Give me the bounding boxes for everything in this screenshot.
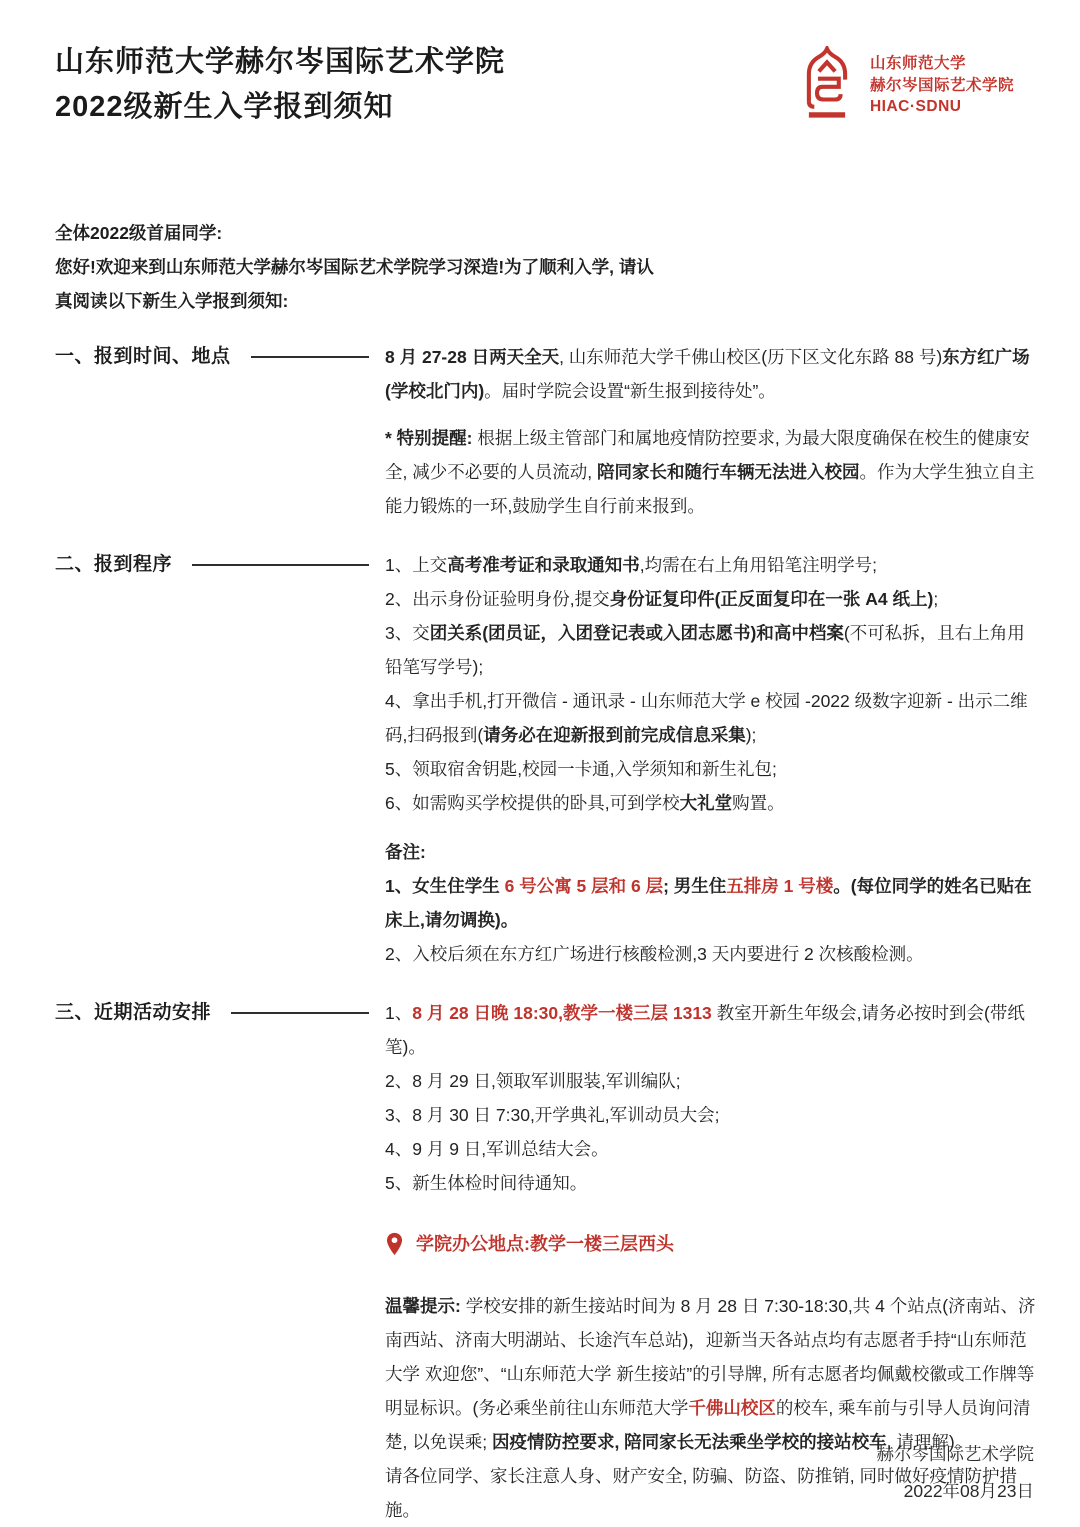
section-heading-row: 二、报到程序: [55, 548, 385, 582]
procedure-item-3: 3、交团关系(团员证，入团登记表或入团志愿书)和高中档案(不可私拆，且右上角用铅…: [385, 616, 1037, 684]
note-item-2: 2、入校后须在东方红广场进行核酸检测,3 天内要进行 2 次核酸检测。: [385, 937, 1037, 971]
heading-rule-line: [192, 564, 369, 566]
procedure-item-2: 2、出示身份证验明身份,提交身份证复印件(正反面复印在一张 A4 纸上);: [385, 582, 1037, 616]
checkin-time-details: 8 月 27-28 日两天全天, 山东师范大学千佛山校区(历下区文化东路 88 …: [385, 340, 1037, 408]
procedure-item-6: 6、如需购买学校提供的卧具,可到学校大礼堂购置。: [385, 786, 1037, 820]
intro-paragraph: 全体2022级首届同学: 您好!欢迎来到山东师范大学赫尔岑国际艺术学院学习深造!…: [55, 216, 654, 318]
page-title-line2: 2022级新生入学报到须知: [55, 85, 505, 130]
schedule-item-4: 4、9 月 9 日,军训总结大会。: [385, 1132, 1037, 1166]
location-pin-icon: [385, 1232, 404, 1256]
procedure-item-4: 4、拿出手机,打开微信 - 通讯录 - 山东师范大学 e 校园 -2022 级数…: [385, 684, 1037, 752]
page-title: 山东师范大学赫尔岑国际艺术学院 2022级新生入学报到须知: [55, 40, 505, 130]
tips-paragraph: 温馨提示: 学校安排的新生接站时间为 8 月 28 日 7:30-18:30,共…: [385, 1289, 1037, 1459]
procedure-item-5: 5、领取宿舍钥匙,校园一卡通,入学须知和新生礼包;: [385, 752, 1037, 786]
signature-date: 2022年08月23日: [877, 1473, 1035, 1510]
section-heading-row: 三、近期活动安排: [55, 996, 385, 1030]
intro-line3: 真阅读以下新生入学报到须知:: [55, 284, 654, 318]
page-title-line1: 山东师范大学赫尔岑国际艺术学院: [55, 40, 505, 85]
office-location-text: 学院办公地点:教学一楼三层西头: [416, 1227, 674, 1261]
schedule-item-1: 1、8 月 28 日晚 18:30,教学一楼三层 1313 教室开新生年级会,请…: [385, 996, 1037, 1064]
procedure-item-1: 1、上交高考准考证和录取通知书,均需在右上角用铅笔注明学号;: [385, 548, 1037, 582]
dome-emblem-icon: [798, 46, 856, 124]
logo-org-line1: 山东师范大学: [870, 53, 1014, 75]
section-heading-checkin-time: 一、报到时间、地点: [55, 340, 231, 374]
section-procedure-body: 1、上交高考准考证和录取通知书,均需在右上角用铅笔注明学号; 2、出示身份证验明…: [385, 548, 1037, 820]
intro-line1: 全体2022级首届同学:: [55, 216, 654, 250]
logo-org-line2: 赫尔岑国际艺术学院: [870, 75, 1014, 97]
logo-org-line3: HIAC·SDNU: [870, 96, 1014, 118]
schedule-item-5: 5、新生体检时间待通知。: [385, 1166, 1037, 1200]
college-logo: 山东师范大学 赫尔岑国际艺术学院 HIAC·SDNU: [798, 46, 1014, 124]
enrollment-notice-document: 山东师范大学赫尔岑国际艺术学院 2022级新生入学报到须知 山东师范大学 赫尔岑…: [0, 0, 1080, 1527]
heading-rule-line: [251, 356, 369, 358]
notes-body: 备注: 1、女生住学生 6 号公寓 5 层和 6 层; 男生住五排房 1 号楼。…: [385, 835, 1037, 971]
section-schedule: 三、近期活动安排 1、8 月 28 日晚 18:30,教学一楼三层 1313 教…: [55, 996, 1037, 1200]
schedule-item-2: 2、8 月 29 日,领取军训服装,军训编队;: [385, 1064, 1037, 1098]
section-checkin-time: 一、报到时间、地点 8 月 27-28 日两天全天, 山东师范大学千佛山校区(历…: [55, 340, 1037, 523]
office-location-body: 学院办公地点:教学一楼三层西头: [385, 1227, 1037, 1261]
intro-line2: 您好!欢迎来到山东师范大学赫尔岑国际艺术学院学习深造!为了顺利入学, 请认: [55, 250, 654, 284]
heading-rule-line: [231, 1012, 369, 1014]
note-item-1: 1、女生住学生 6 号公寓 5 层和 6 层; 男生住五排房 1 号楼。(每位同…: [385, 869, 1037, 937]
notice-content: 一、报到时间、地点 8 月 27-28 日两天全天, 山东师范大学千佛山校区(历…: [55, 340, 1037, 1527]
special-reminder: * 特别提醒: 根据上级主管部门和属地疫情防控要求, 为最大限度确保在校生的健康…: [385, 421, 1037, 523]
office-location-row: 学院办公地点:教学一楼三层西头: [55, 1227, 1037, 1261]
signature-block: 赫尔岑国际艺术学院 2022年08月23日: [877, 1436, 1035, 1510]
section-heading-schedule: 三、近期活动安排: [55, 996, 211, 1030]
notes-title: 备注:: [385, 835, 1037, 869]
section-heading-row: 一、报到时间、地点: [55, 340, 385, 374]
notes-block: 备注: 1、女生住学生 6 号公寓 5 层和 6 层; 男生住五排房 1 号楼。…: [55, 835, 1037, 971]
section-schedule-body: 1、8 月 28 日晚 18:30,教学一楼三层 1313 教室开新生年级会,请…: [385, 996, 1037, 1200]
signature-org: 赫尔岑国际艺术学院: [877, 1436, 1035, 1473]
section-checkin-time-body: 8 月 27-28 日两天全天, 山东师范大学千佛山校区(历下区文化东路 88 …: [385, 340, 1037, 523]
schedule-item-3: 3、8 月 30 日 7:30,开学典礼,军训动员大会;: [385, 1098, 1037, 1132]
logo-org-name: 山东师范大学 赫尔岑国际艺术学院 HIAC·SDNU: [870, 46, 1014, 118]
section-procedure: 二、报到程序 1、上交高考准考证和录取通知书,均需在右上角用铅笔注明学号; 2、…: [55, 548, 1037, 820]
office-location-line: 学院办公地点:教学一楼三层西头: [385, 1227, 1037, 1261]
section-heading-procedure: 二、报到程序: [55, 548, 172, 582]
